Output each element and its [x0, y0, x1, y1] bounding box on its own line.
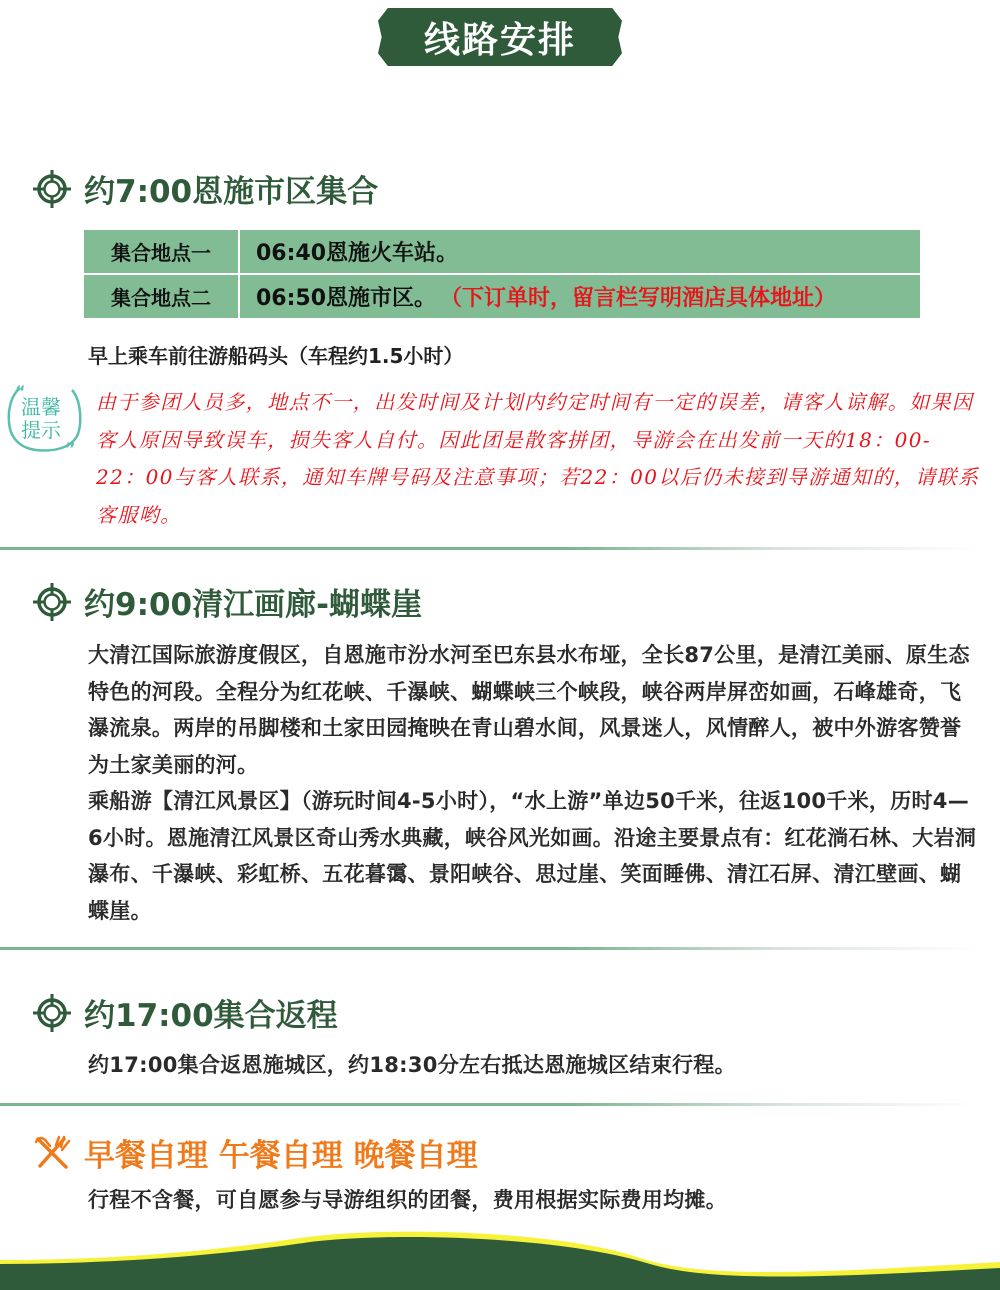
meeting-point-note: （下订单时，留言栏写明酒店具体地址）	[440, 281, 836, 312]
meeting-point-table: 集合地点一 06:40恩施火车站。 集合地点二 06:50恩施市区。 （下订单时…	[84, 230, 920, 320]
table-row: 集合地点一 06:40恩施火车站。	[84, 230, 920, 273]
meeting-point-time: 06:50恩施市区。	[256, 281, 436, 312]
fork-knife-icon	[32, 1133, 72, 1173]
meeting-point-label: 集合地点二	[84, 275, 238, 318]
section-title: 约9:00清江画廊-蝴蝶崖	[84, 579, 422, 624]
section-divider	[0, 1103, 980, 1106]
warm-tip-badge-icon: “ ” 温馨 提示	[6, 378, 82, 454]
meeting-point-value: 06:40恩施火车站。	[240, 230, 920, 273]
meeting-point-value: 06:50恩施市区。 （下订单时，留言栏写明酒店具体地址）	[240, 275, 920, 318]
description-paragraph: 约17:00集合返恩施城区，约18:30分左右抵达恩施城区结束行程。	[88, 1047, 978, 1084]
footer-wave-decoration	[0, 1230, 1000, 1290]
section-divider	[0, 547, 980, 550]
transfer-note: 早上乘车前往游船码头（车程约1.5小时）	[88, 340, 463, 369]
section-heading-qingjiang: 约9:00清江画廊-蝴蝶崖	[32, 579, 422, 624]
description-paragraph: 乘船游【清江风景区】（游玩时间4-5小时），“水上游”单边50千米，往返100千…	[88, 783, 978, 929]
crosshair-target-icon	[32, 169, 72, 209]
description-paragraph: 大清江国际旅游度假区，自恩施市汾水河至巴东县水布垭，全长87公里，是清江美丽、原…	[88, 637, 978, 783]
crosshair-target-icon	[32, 993, 72, 1033]
section-heading-meals: 早餐自理 午餐自理 晚餐自理	[32, 1130, 478, 1175]
section-divider	[0, 947, 980, 950]
section-heading-return: 约17:00集合返程	[32, 990, 338, 1035]
section-title: 早餐自理 午餐自理 晚餐自理	[84, 1130, 478, 1175]
banner-title: 线路安排	[424, 12, 576, 63]
section-title: 约17:00集合返程	[84, 990, 338, 1035]
table-row: 集合地点二 06:50恩施市区。 （下订单时，留言栏写明酒店具体地址）	[84, 275, 920, 318]
svg-text:提示: 提示	[21, 418, 62, 442]
crosshair-target-icon	[32, 582, 72, 622]
warm-tip-text: 由于参团人员多，地点不一，出发时间及计划内约定时间有一定的误差，请客人谅解。如果…	[96, 384, 980, 534]
svg-text:”: ”	[65, 439, 76, 454]
svg-text:温馨: 温馨	[21, 395, 61, 419]
section-heading-gather: 约7:00恩施市区集合	[32, 166, 378, 211]
section-title: 约7:00恩施市区集合	[84, 166, 378, 211]
title-banner: 线路安排	[378, 8, 622, 66]
description-paragraph: 行程不含餐，可自愿参与导游组织的团餐，费用根据实际费用均摊。	[88, 1182, 978, 1219]
meeting-point-time: 06:40恩施火车站。	[256, 236, 458, 267]
meeting-point-label: 集合地点一	[84, 230, 238, 273]
